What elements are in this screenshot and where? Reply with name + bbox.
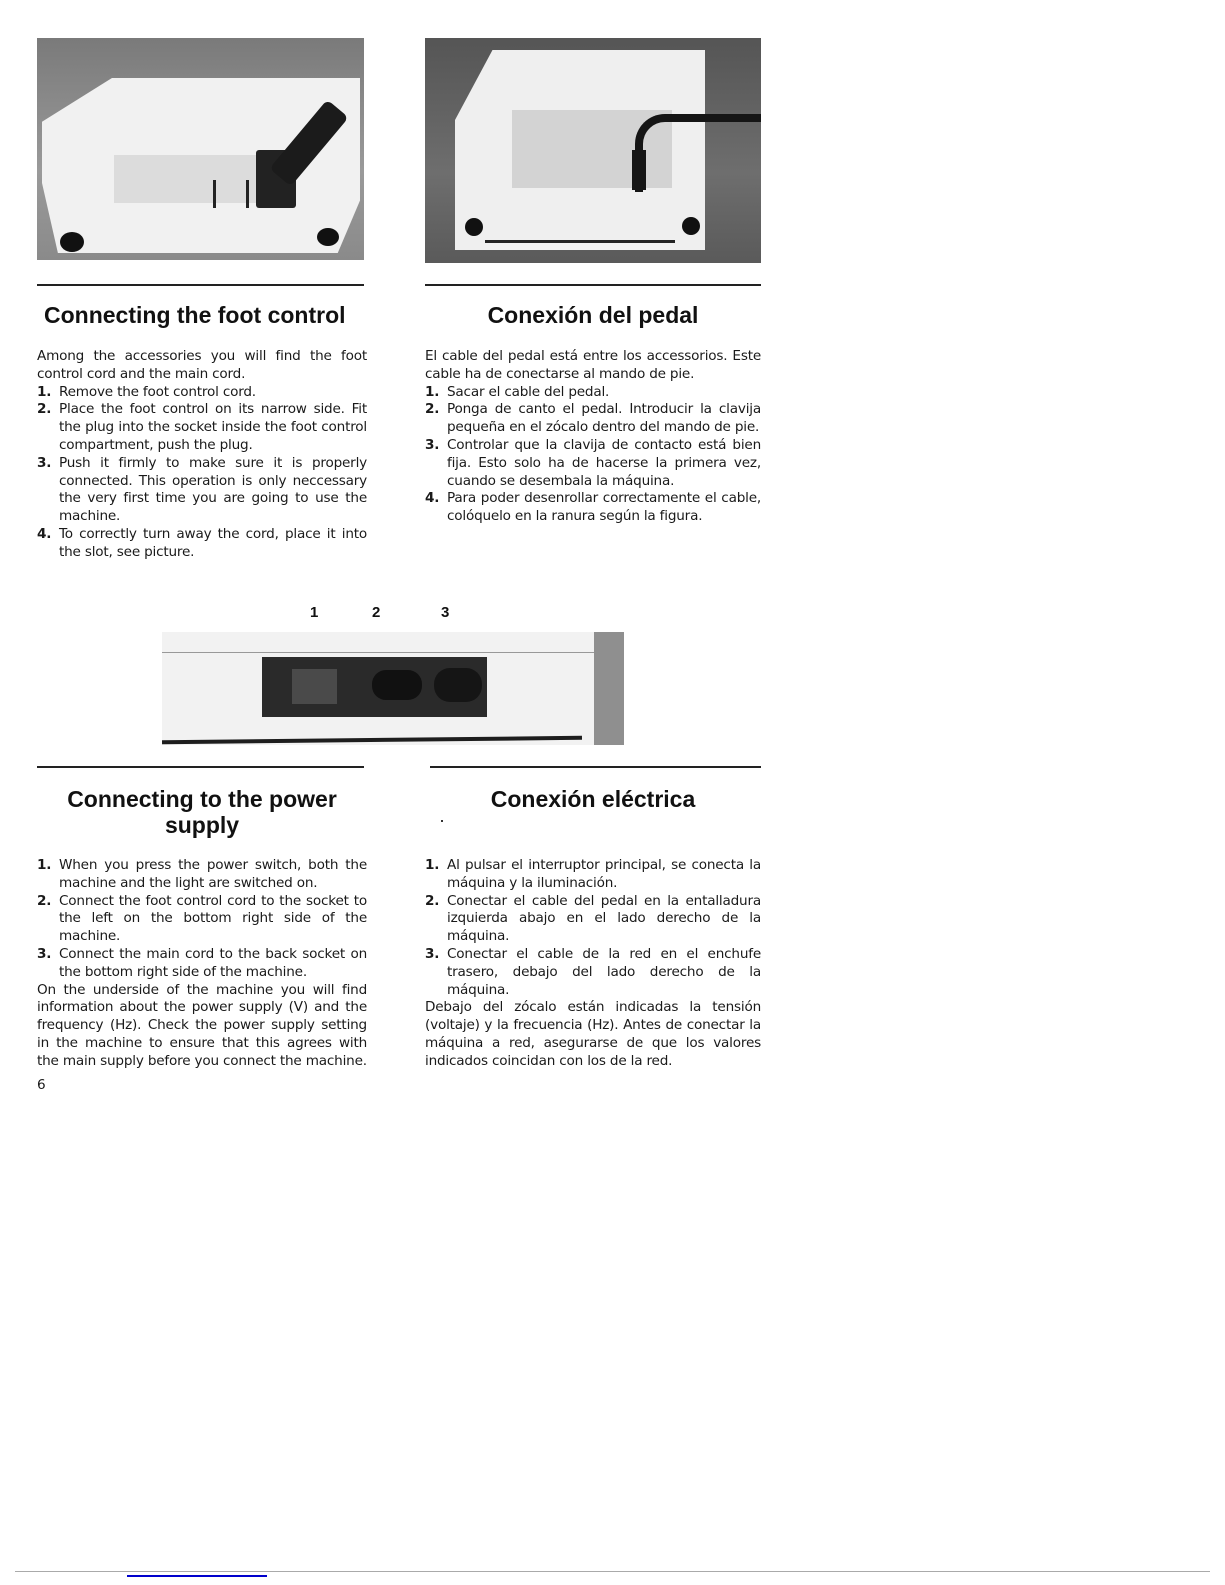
step-text: When you press the power switch, both th… [59,857,367,893]
callout-2: 2 [372,604,380,621]
step: 1. Remove the foot control cord. [37,384,367,402]
link-underline[interactable] [127,1575,267,1577]
stray-dot [441,820,443,822]
step: 3. Push it firmly to make sure it is pro… [37,455,367,526]
page-bottom-line [15,1571,1210,1572]
cord-slot [114,155,264,203]
step-number: 1. [425,384,447,402]
step-text: Sacar el cable del pedal. [447,384,761,402]
step-number: 2. [37,401,59,454]
step-number: 2. [425,401,447,437]
power-note: On the underside of the machine you will… [37,982,367,1071]
step-number: 2. [37,893,59,946]
step-text: Controlar que la clavija de contacto est… [447,437,761,490]
step: 3. Conectar el cable de la red en el enc… [425,946,761,999]
step: 4. Para poder desenrollar correctamente … [425,490,761,526]
step-number: 3. [425,946,447,999]
foot-control-es-body: El cable del pedal está entre los access… [425,348,761,526]
step: 2. Connect the foot control cord to the … [37,893,367,946]
step: 2. Conectar el cable del pedal en la ent… [425,893,761,946]
step: 2. Place the foot control on its narrow … [37,401,367,454]
divider-top-left [37,284,364,286]
slot-divider [246,180,249,208]
slot-divider [213,180,216,208]
power-en-body: 1. When you press the power switch, both… [37,857,367,1094]
foot-control-socket [372,670,422,700]
machine-edge [162,652,602,653]
step-text: Remove the foot control cord. [59,384,367,402]
step-text: Conectar el cable del pedal en la entall… [447,893,761,946]
foot-control-en-body: Among the accessories you will find the … [37,348,367,562]
step: 4. To correctly turn away the cord, plac… [37,526,367,562]
step: 3. Connect the main cord to the back soc… [37,946,367,982]
heading-power-es: Conexión eléctrica [425,786,761,812]
step: 3. Controlar que la clavija de contacto … [425,437,761,490]
foot-control-slot-photo [425,38,761,263]
callout-1: 1 [310,604,318,621]
step: 2. Ponga de canto el pedal. Introducir l… [425,401,761,437]
step-number: 1. [425,857,447,893]
step-number: 3. [37,946,59,982]
step: 1. When you press the power switch, both… [37,857,367,893]
divider-top-right [425,284,761,286]
base-strip [485,240,675,243]
step-text: Push it firmly to make sure it is proper… [59,455,367,526]
step-number: 4. [425,490,447,526]
step-text: Connect the main cord to the back socket… [59,946,367,982]
background-shadow [594,632,624,745]
machine-base-edge [162,736,582,744]
step-number: 4. [37,526,59,562]
step-text: To correctly turn away the cord, place i… [59,526,367,562]
page-number: 6 [37,1077,367,1095]
step: 1. Al pulsar el interruptor principal, s… [425,857,761,893]
callout-3: 3 [441,604,449,621]
step-number: 1. [37,384,59,402]
step-text: Al pulsar el interruptor principal, se c… [447,857,761,893]
step-number: 3. [37,455,59,526]
heading-power-en: Connecting to the power supply [37,786,367,838]
step: 1. Sacar el cable del pedal. [425,384,761,402]
divider-mid-right [430,766,761,768]
sockets-photo [162,632,624,745]
step-number: 1. [37,857,59,893]
step-text: Conectar el cable de la red en el enchuf… [447,946,761,999]
foot-right [682,217,700,235]
cord [635,114,761,192]
foot-right [317,228,339,246]
divider-mid-left [37,766,364,768]
power-es-body: 1. Al pulsar el interruptor principal, s… [425,857,761,1071]
step-number: 2. [425,893,447,946]
intro-text: Among the accessories you will find the … [37,348,367,384]
step-text: Para poder desenrollar correctamente el … [447,490,761,526]
foot-left [60,232,84,252]
foot-left [465,218,483,236]
step-text: Place the foot control on its narrow sid… [59,401,367,454]
heading-foot-control-en: Connecting the foot control [44,302,374,328]
power-note: Debajo del zócalo están indicadas la ten… [425,999,761,1070]
step-number: 3. [425,437,447,490]
foot-control-side-photo [37,38,364,260]
main-cord-socket [434,668,482,702]
intro-text: El cable del pedal está entre los access… [425,348,761,384]
heading-foot-control-es: Conexión del pedal [425,302,761,328]
step-text: Connect the foot control cord to the soc… [59,893,367,946]
power-switch [292,669,337,704]
step-text: Ponga de canto el pedal. Introducir la c… [447,401,761,437]
